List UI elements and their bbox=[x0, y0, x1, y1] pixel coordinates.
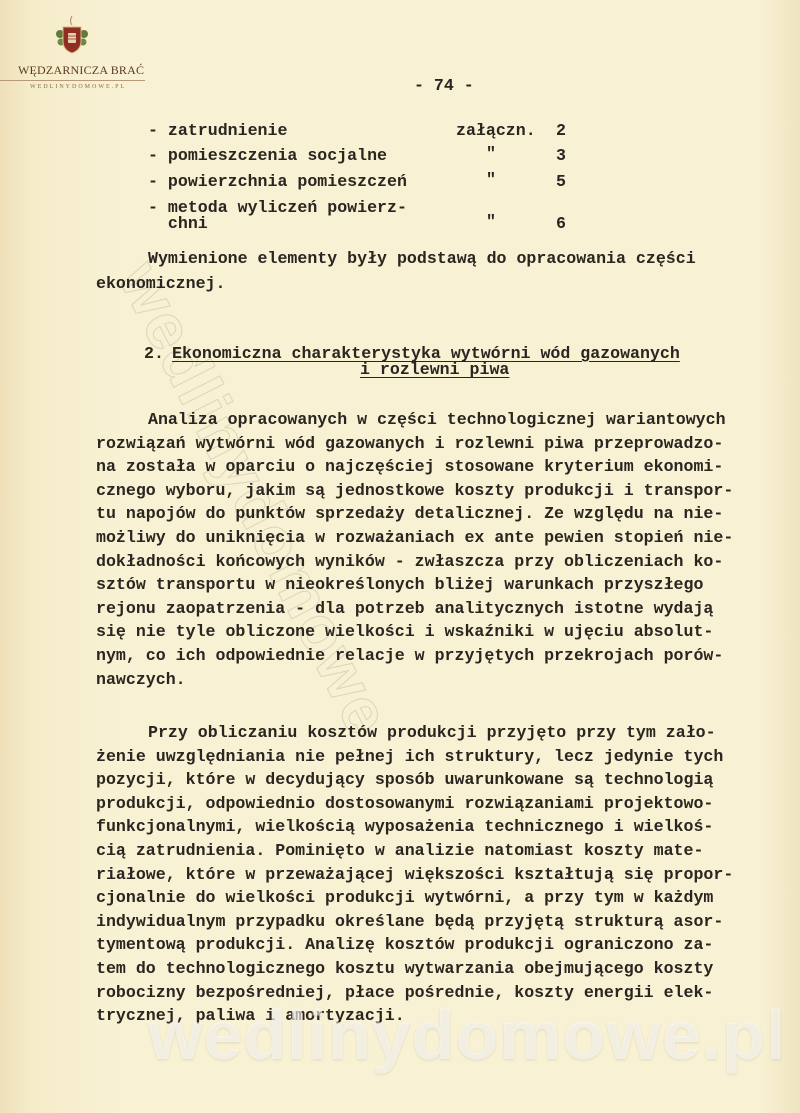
text-line: się nie tyle obliczone wielkości i wskaź… bbox=[96, 622, 713, 641]
text-line: tymentową produkcji. Analizę kosztów pro… bbox=[96, 935, 713, 954]
list-item-num: 5 bbox=[556, 172, 566, 191]
text-line: możliwy do uniknięcia w rozważaniach ex … bbox=[96, 528, 733, 547]
list-item-ref: załączn. bbox=[456, 121, 536, 140]
text-line: indywidualnym przypadku określane będą p… bbox=[96, 912, 723, 931]
list-item-num: 3 bbox=[556, 146, 566, 165]
brand-name: WĘDZARNICZA BRAĆ bbox=[18, 63, 144, 78]
text-line: sztów transportu w nieokreślonych bliżej… bbox=[96, 575, 703, 594]
crest-icon bbox=[52, 14, 92, 56]
text-line: Przy obliczaniu kosztów produkcji przyję… bbox=[148, 723, 716, 742]
text-line: rozwiązań wytwórni wód gazowanych i rozl… bbox=[96, 434, 723, 453]
text-line: rejonu zaopatrzenia - dla potrzeb analit… bbox=[96, 599, 713, 618]
list-item: - zatrudnienie bbox=[148, 121, 287, 140]
text-line: cjonalnie do wielkości produkcji wytwórn… bbox=[96, 888, 713, 907]
list-item-num: 2 bbox=[556, 121, 566, 140]
text-line: pozycji, które w decydujący sposób uwaru… bbox=[96, 770, 713, 789]
text-line: dokładności końcowych wyników - zwłaszcz… bbox=[96, 552, 723, 571]
text-line: riałowe, które w przeważającej większośc… bbox=[96, 865, 733, 884]
list-item: - pomieszczenia socjalne bbox=[148, 146, 387, 165]
text-line: funkcjonalnymi, wielkością wyposażenia t… bbox=[96, 817, 713, 836]
text-line: nawczych. bbox=[96, 670, 186, 689]
text-line: na została w oparciu o najczęściej stoso… bbox=[96, 457, 723, 476]
watermark-bottom: wedlinydomowe.pl bbox=[148, 995, 786, 1075]
text-line: tem do technologicznego kosztu wytwarzan… bbox=[96, 959, 713, 978]
list-item-ref: " bbox=[486, 170, 496, 189]
text-line: nym, co ich odpowiednie relacje w przyję… bbox=[96, 646, 723, 665]
document-page: WĘDZARNICZA BRAĆ WEDLINYDOMOWE.PL wedlin… bbox=[0, 0, 800, 1113]
text-line: produkcji, odpowiednio dostosowanymi roz… bbox=[96, 794, 713, 813]
text-line: cią zatrudnienia. Pominięto w analizie n… bbox=[96, 841, 703, 860]
list-item-ref: " bbox=[486, 144, 496, 163]
page-number: - 74 - bbox=[414, 76, 474, 95]
brand-site: WEDLINYDOMOWE.PL bbox=[30, 84, 126, 90]
list-item-ref: " bbox=[486, 212, 496, 231]
list-item: chni bbox=[148, 214, 208, 233]
brand-logo: WĘDZARNICZA BRAĆ WEDLINYDOMOWE.PL bbox=[0, 0, 150, 100]
text-line: Wymienione elementy były podstawą do opr… bbox=[148, 249, 696, 268]
section-number: 2. bbox=[144, 344, 164, 363]
text-line: tu napojów do punktów sprzedaży detalicz… bbox=[96, 504, 723, 523]
list-item-num: 6 bbox=[556, 214, 566, 233]
text-line: Analiza opracowanych w części technologi… bbox=[148, 410, 726, 429]
brand-divider bbox=[0, 80, 145, 81]
list-item: - powierzchnia pomieszczeń bbox=[148, 172, 407, 191]
text-line: żenie uwzględniania nie pełnej ich struk… bbox=[96, 747, 723, 766]
text-line: cznego wyboru, jakim są jednostkowe kosz… bbox=[96, 481, 733, 500]
section-title-line: i rozlewni piwa bbox=[360, 360, 509, 379]
text-line: ekonomicznej. bbox=[96, 274, 225, 293]
